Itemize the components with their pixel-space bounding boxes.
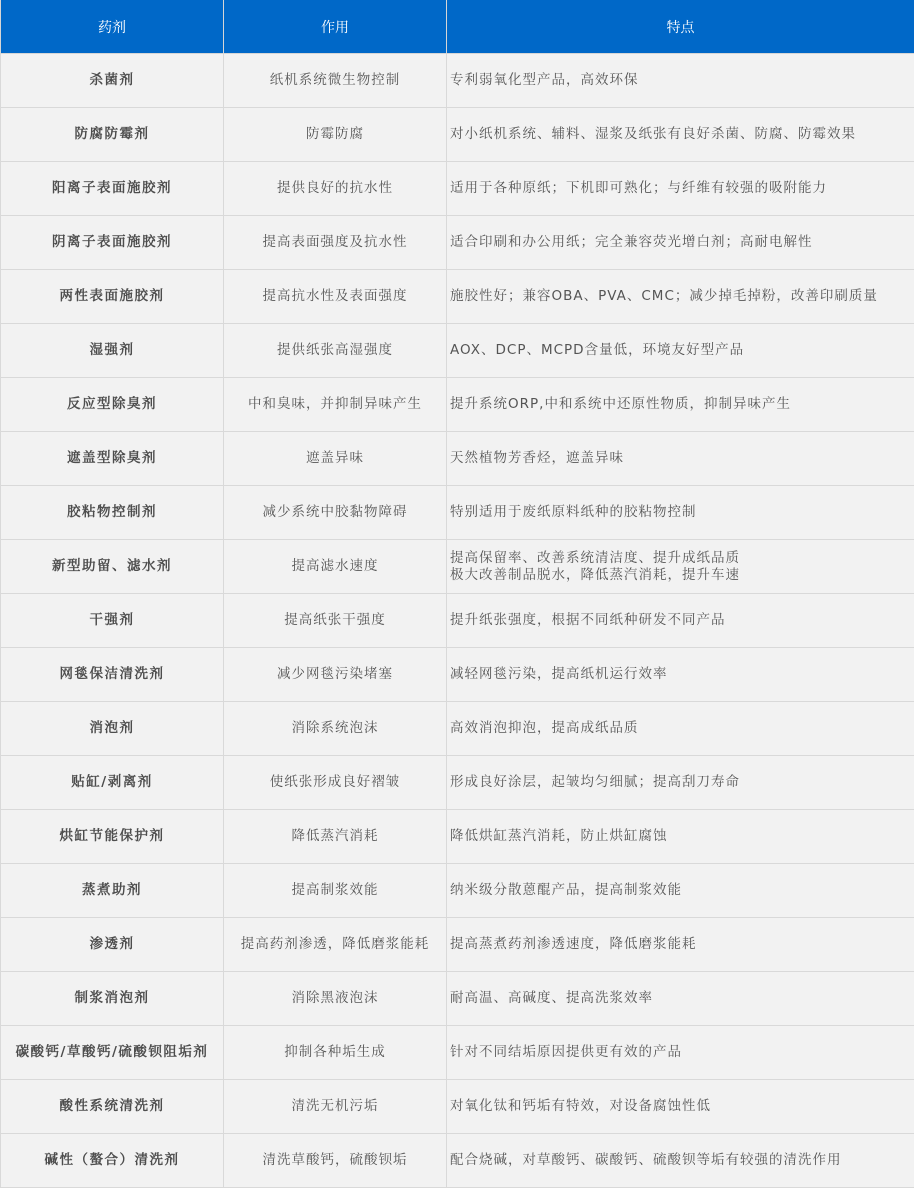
function-cell: 提高药剂渗透，降低磨浆能耗 (224, 918, 447, 972)
chemical-name-cell: 防腐防霉剂 (1, 108, 224, 162)
features-cell: 降低烘缸蒸汽消耗，防止烘缸腐蚀 (447, 810, 914, 864)
function-cell: 提高表面强度及抗水性 (224, 216, 447, 270)
features-cell: 形成良好涂层，起皱均匀细腻；提高刮刀寿命 (447, 756, 914, 810)
function-cell: 中和臭味，并抑制异味产生 (224, 378, 447, 432)
features-cell: 针对不同结垢原因提供更有效的产品 (447, 1026, 914, 1080)
chemical-name-cell: 阴离子表面施胶剂 (1, 216, 224, 270)
table-row: 碱性（螯合）清洗剂清洗草酸钙，硫酸钡垢配合烧碱，对草酸钙、碳酸钙、硫酸钡等垢有较… (1, 1134, 914, 1188)
table-row: 新型助留、滤水剂提高滤水速度提高保留率、改善系统清洁度、提升成纸品质 极大改善制… (1, 540, 914, 594)
function-cell: 提高滤水速度 (224, 540, 447, 594)
table-row: 碳酸钙/草酸钙/硫酸钡阻垢剂抑制各种垢生成针对不同结垢原因提供更有效的产品 (1, 1026, 914, 1080)
chemical-name-cell: 网毯保洁清洗剂 (1, 648, 224, 702)
chemical-name-cell: 遮盖型除臭剂 (1, 432, 224, 486)
function-cell: 提高纸张干强度 (224, 594, 447, 648)
table-row: 渗透剂提高药剂渗透，降低磨浆能耗提高蒸煮药剂渗透速度，降低磨浆能耗 (1, 918, 914, 972)
function-cell: 减少系统中胶黏物障碍 (224, 486, 447, 540)
chemical-name-cell: 干强剂 (1, 594, 224, 648)
features-cell: 对氧化钛和钙垢有特效，对设备腐蚀性低 (447, 1080, 914, 1134)
features-cell: 提升纸张强度，根据不同纸种研发不同产品 (447, 594, 914, 648)
table-row: 阴离子表面施胶剂提高表面强度及抗水性适合印刷和办公用纸；完全兼容荧光增白剂；高耐… (1, 216, 914, 270)
chemical-name-cell: 碳酸钙/草酸钙/硫酸钡阻垢剂 (1, 1026, 224, 1080)
features-cell: 纳米级分散蒽醌产品，提高制浆效能 (447, 864, 914, 918)
features-cell: 配合烧碱，对草酸钙、碳酸钙、硫酸钡等垢有较强的清洗作用 (447, 1134, 914, 1188)
features-cell: 提高保留率、改善系统清洁度、提升成纸品质 极大改善制品脱水，降低蒸汽消耗，提升车… (447, 540, 914, 594)
chemical-name-cell: 反应型除臭剂 (1, 378, 224, 432)
table-row: 胶粘物控制剂减少系统中胶黏物障碍特别适用于废纸原料纸种的胶粘物控制 (1, 486, 914, 540)
table-row: 干强剂提高纸张干强度提升纸张强度，根据不同纸种研发不同产品 (1, 594, 914, 648)
function-cell: 使纸张形成良好褶皱 (224, 756, 447, 810)
function-cell: 提供良好的抗水性 (224, 162, 447, 216)
function-cell: 提高抗水性及表面强度 (224, 270, 447, 324)
function-cell: 消除系统泡沫 (224, 702, 447, 756)
features-cell: 特别适用于废纸原料纸种的胶粘物控制 (447, 486, 914, 540)
function-cell: 消除黑液泡沫 (224, 972, 447, 1026)
table-row: 蒸煮助剂提高制浆效能纳米级分散蒽醌产品，提高制浆效能 (1, 864, 914, 918)
chemical-name-cell: 阳离子表面施胶剂 (1, 162, 224, 216)
function-cell: 提供纸张高湿强度 (224, 324, 447, 378)
features-cell: 高效消泡抑泡，提高成纸品质 (447, 702, 914, 756)
chemical-name-cell: 胶粘物控制剂 (1, 486, 224, 540)
table-row: 贴缸/剥离剂使纸张形成良好褶皱形成良好涂层，起皱均匀细腻；提高刮刀寿命 (1, 756, 914, 810)
table-row: 湿强剂提供纸张高湿强度AOX、DCP、MCPD含量低，环境友好型产品 (1, 324, 914, 378)
function-cell: 遮盖异味 (224, 432, 447, 486)
features-cell: 专利弱氧化型产品，高效环保 (447, 54, 914, 108)
function-cell: 纸机系统微生物控制 (224, 54, 447, 108)
header-function: 作用 (224, 0, 447, 54)
table-row: 防腐防霉剂防霉防腐对小纸机系统、辅料、湿浆及纸张有良好杀菌、防腐、防霉效果 (1, 108, 914, 162)
chemical-name-cell: 新型助留、滤水剂 (1, 540, 224, 594)
chemical-name-cell: 杀菌剂 (1, 54, 224, 108)
table-row: 反应型除臭剂中和臭味，并抑制异味产生提升系统ORP,中和系统中还原性物质，抑制异… (1, 378, 914, 432)
chemical-name-cell: 消泡剂 (1, 702, 224, 756)
features-cell: 提高蒸煮药剂渗透速度，降低磨浆能耗 (447, 918, 914, 972)
function-cell: 减少网毯污染堵塞 (224, 648, 447, 702)
table-row: 消泡剂消除系统泡沫高效消泡抑泡，提高成纸品质 (1, 702, 914, 756)
chemical-name-cell: 烘缸节能保护剂 (1, 810, 224, 864)
features-cell: 天然植物芳香烃，遮盖异味 (447, 432, 914, 486)
function-cell: 降低蒸汽消耗 (224, 810, 447, 864)
function-cell: 抑制各种垢生成 (224, 1026, 447, 1080)
chemical-name-cell: 两性表面施胶剂 (1, 270, 224, 324)
function-cell: 防霉防腐 (224, 108, 447, 162)
header-chemical: 药剂 (1, 0, 224, 54)
features-cell: AOX、DCP、MCPD含量低，环境友好型产品 (447, 324, 914, 378)
table-row: 杀菌剂纸机系统微生物控制专利弱氧化型产品，高效环保 (1, 54, 914, 108)
chemical-products-table: 药剂 作用 特点 杀菌剂纸机系统微生物控制专利弱氧化型产品，高效环保防腐防霉剂防… (0, 0, 914, 1188)
table-row: 酸性系统清洗剂清洗无机污垢对氧化钛和钙垢有特效，对设备腐蚀性低 (1, 1080, 914, 1134)
chemical-name-cell: 酸性系统清洗剂 (1, 1080, 224, 1134)
features-cell: 减轻网毯污染，提高纸机运行效率 (447, 648, 914, 702)
function-cell: 清洗草酸钙，硫酸钡垢 (224, 1134, 447, 1188)
function-cell: 清洗无机污垢 (224, 1080, 447, 1134)
function-cell: 提高制浆效能 (224, 864, 447, 918)
features-cell: 提升系统ORP,中和系统中还原性物质，抑制异味产生 (447, 378, 914, 432)
features-cell: 适合印刷和办公用纸；完全兼容荧光增白剂；高耐电解性 (447, 216, 914, 270)
features-cell: 适用于各种原纸；下机即可熟化；与纤维有较强的吸附能力 (447, 162, 914, 216)
chemical-name-cell: 渗透剂 (1, 918, 224, 972)
table-row: 阳离子表面施胶剂提供良好的抗水性适用于各种原纸；下机即可熟化；与纤维有较强的吸附… (1, 162, 914, 216)
chemical-name-cell: 贴缸/剥离剂 (1, 756, 224, 810)
chemical-name-cell: 碱性（螯合）清洗剂 (1, 1134, 224, 1188)
features-cell: 对小纸机系统、辅料、湿浆及纸张有良好杀菌、防腐、防霉效果 (447, 108, 914, 162)
table-row: 网毯保洁清洗剂减少网毯污染堵塞减轻网毯污染，提高纸机运行效率 (1, 648, 914, 702)
features-cell: 施胶性好；兼容OBA、PVA、CMC；减少掉毛掉粉，改善印刷质量 (447, 270, 914, 324)
features-cell: 耐高温、高碱度、提高洗浆效率 (447, 972, 914, 1026)
table-row: 遮盖型除臭剂遮盖异味天然植物芳香烃，遮盖异味 (1, 432, 914, 486)
chemical-name-cell: 湿强剂 (1, 324, 224, 378)
table-body: 杀菌剂纸机系统微生物控制专利弱氧化型产品，高效环保防腐防霉剂防霉防腐对小纸机系统… (1, 54, 914, 1188)
header-features: 特点 (447, 0, 914, 54)
chemical-name-cell: 蒸煮助剂 (1, 864, 224, 918)
table-row: 制浆消泡剂消除黑液泡沫耐高温、高碱度、提高洗浆效率 (1, 972, 914, 1026)
table-row: 烘缸节能保护剂降低蒸汽消耗降低烘缸蒸汽消耗，防止烘缸腐蚀 (1, 810, 914, 864)
table-row: 两性表面施胶剂提高抗水性及表面强度施胶性好；兼容OBA、PVA、CMC；减少掉毛… (1, 270, 914, 324)
table-header-row: 药剂 作用 特点 (1, 0, 914, 54)
chemical-name-cell: 制浆消泡剂 (1, 972, 224, 1026)
